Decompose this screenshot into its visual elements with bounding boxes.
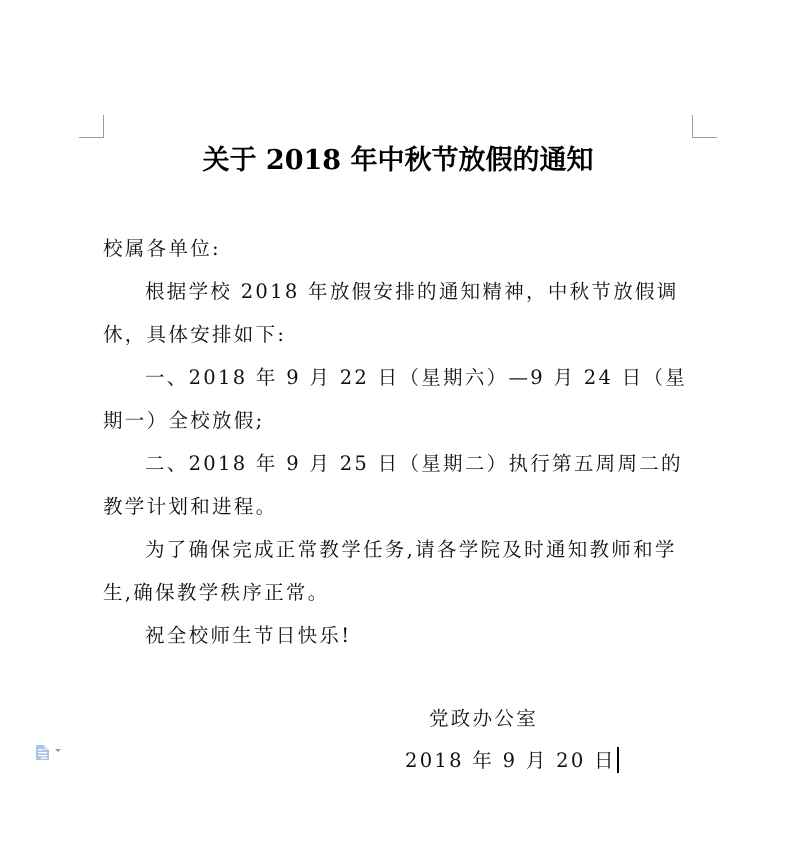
text-cursor bbox=[617, 747, 619, 773]
salutation[interactable]: 校属各单位: bbox=[103, 227, 703, 270]
paragraph-greeting[interactable]: 祝全校师生节日快乐! bbox=[103, 614, 703, 657]
paragraph-intro[interactable]: 根据学校 2018 年放假安排的通知精神，中秋节放假调休，具体安排如下: bbox=[103, 270, 703, 356]
document-page[interactable]: 关于 2018 年中秋节放假的通知 校属各单位: 根据学校 2018 年放假安排… bbox=[0, 0, 790, 861]
paragraph-item-one[interactable]: 一、2018 年 9 月 22 日（星期六）—9 月 24 日（星期一）全校放假… bbox=[103, 356, 703, 442]
paragraph-item-two[interactable]: 二、2018 年 9 月 25 日（星期二）执行第五周周二的教学计划和进程。 bbox=[103, 442, 703, 528]
signature-date[interactable]: 2018 年 9 月 20 日 bbox=[405, 749, 616, 772]
document-title[interactable]: 关于 2018 年中秋节放假的通知 bbox=[0, 141, 790, 181]
paragraph-request[interactable]: 为了确保完成正常教学任务,请各学院及时通知教师和学生,确保教学秩序正常。 bbox=[103, 528, 703, 614]
top-right-margin-mark bbox=[692, 115, 717, 138]
document-body[interactable]: 校属各单位: 根据学校 2018 年放假安排的通知精神，中秋节放假调休，具体安排… bbox=[103, 227, 703, 657]
paste-options-icon bbox=[36, 745, 49, 760]
signature-office[interactable]: 党政办公室 bbox=[429, 704, 538, 734]
signature-date-line[interactable]: 2018 年 9 月 20 日 bbox=[405, 746, 619, 776]
top-left-margin-mark bbox=[79, 115, 104, 138]
paste-options-button[interactable] bbox=[36, 745, 61, 760]
chevron-down-icon bbox=[55, 749, 61, 752]
